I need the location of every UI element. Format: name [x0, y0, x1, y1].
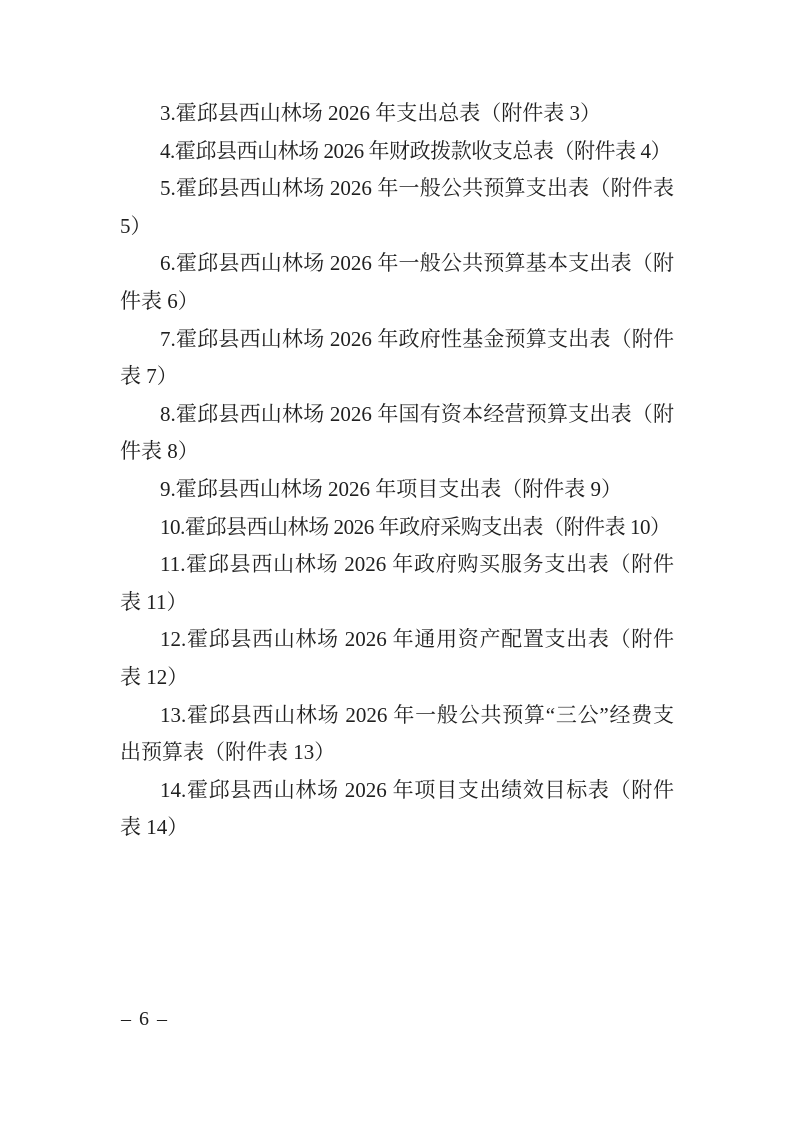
page-number: – 6 – [121, 1008, 169, 1030]
attachment-list-item: 11.霍邱县西山林场 2026 年政府购买服务支出表（附件表 11） [120, 546, 674, 621]
attachment-list-item: 12.霍邱县西山林场 2026 年通用资产配置支出表（附件表 12） [120, 621, 674, 696]
attachment-list-item: 3.霍邱县西山林场 2026 年支出总表（附件表 3） [120, 95, 674, 133]
attachment-list-item: 4.霍邱县西山林场 2026 年财政拨款收支总表（附件表 4） [120, 133, 674, 171]
attachment-list-item: 13.霍邱县西山林场 2026 年一般公共预算“三公”经费支出预算表（附件表 1… [120, 697, 674, 772]
attachment-list-item: 9.霍邱县西山林场 2026 年项目支出表（附件表 9） [120, 471, 674, 509]
attachment-list: 3.霍邱县西山林场 2026 年支出总表（附件表 3） 4.霍邱县西山林场 20… [120, 95, 674, 847]
attachment-list-item: 14.霍邱县西山林场 2026 年项目支出绩效目标表（附件表 14） [120, 772, 674, 847]
attachment-list-item: 6.霍邱县西山林场 2026 年一般公共预算基本支出表（附件表 6） [120, 245, 674, 320]
attachment-list-item: 8.霍邱县西山林场 2026 年国有资本经营预算支出表（附件表 8） [120, 396, 674, 471]
attachment-list-item: 10.霍邱县西山林场 2026 年政府采购支出表（附件表 10） [120, 509, 674, 547]
attachment-list-item: 7.霍邱县西山林场 2026 年政府性基金预算支出表（附件表 7） [120, 321, 674, 396]
document-page: 3.霍邱县西山林场 2026 年支出总表（附件表 3） 4.霍邱县西山林场 20… [0, 0, 793, 1122]
attachment-list-item: 5.霍邱县西山林场 2026 年一般公共预算支出表（附件表 5） [120, 170, 674, 245]
